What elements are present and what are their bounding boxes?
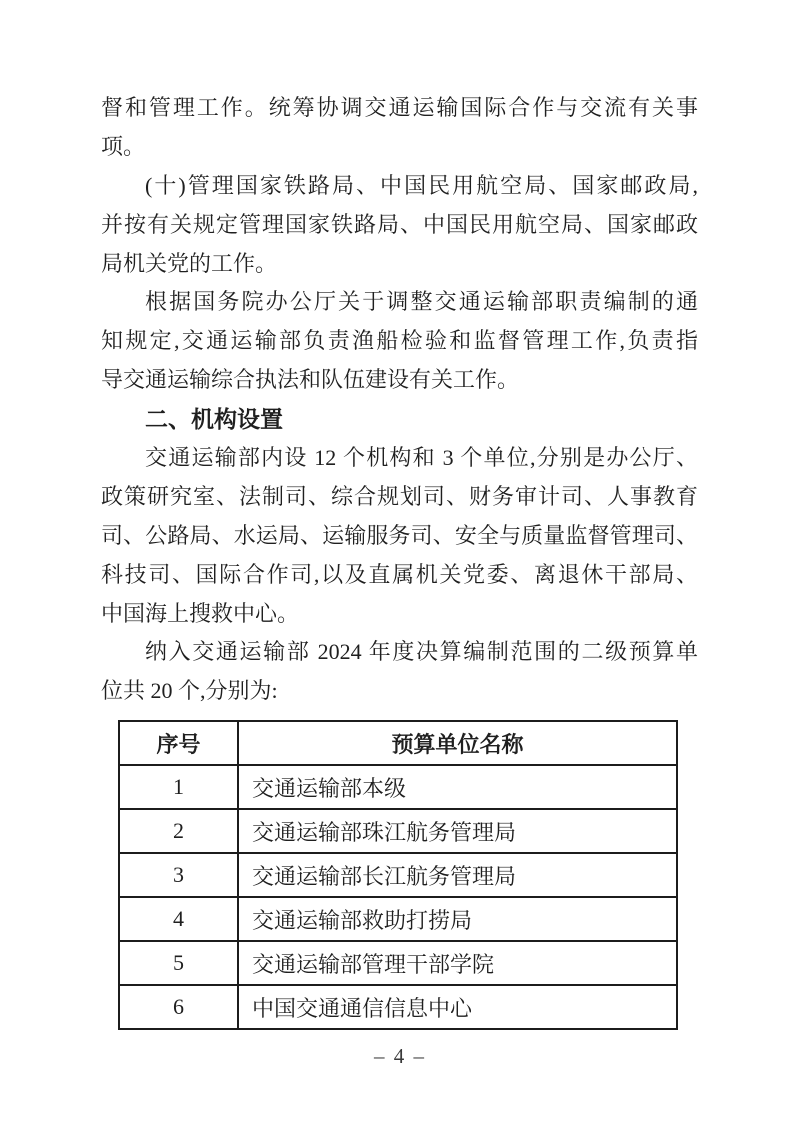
document-body: 督和管理工作。统筹协调交通运输国际合作与交流有关事项。(十)管理国家铁路局、中国… bbox=[101, 89, 698, 711]
budget-unit-name: 中国交通通信信息中心 bbox=[238, 985, 677, 1029]
row-index: 3 bbox=[119, 853, 238, 897]
budget-units-table-body: 1交通运输部本级2交通运输部珠江航务管理局3交通运输部长江航务管理局4交通运输部… bbox=[119, 765, 677, 1029]
body-line: 纳入交通运输部 2024 年度决算编制范围的二级预算单 bbox=[101, 633, 698, 672]
row-index: 2 bbox=[119, 809, 238, 853]
budget-unit-name: 交通运输部本级 bbox=[238, 765, 677, 809]
table-row: 2交通运输部珠江航务管理局 bbox=[119, 809, 677, 853]
budget-units-table: 序号 预算单位名称 1交通运输部本级2交通运输部珠江航务管理局3交通运输部长江航… bbox=[118, 720, 678, 1030]
body-line: 位共 20 个,分别为: bbox=[101, 672, 698, 711]
body-line: 局机关党的工作。 bbox=[101, 245, 698, 284]
body-line: 司、公路局、水运局、运输服务司、安全与质量监督管理司、 bbox=[101, 517, 698, 556]
row-index: 5 bbox=[119, 941, 238, 985]
body-line: 中国海上搜救中心。 bbox=[101, 595, 698, 634]
body-line: 政策研究室、法制司、综合规划司、财务审计司、人事教育 bbox=[101, 478, 698, 517]
row-index: 4 bbox=[119, 897, 238, 941]
body-line: 督和管理工作。统筹协调交通运输国际合作与交流有关事 bbox=[101, 89, 698, 128]
table-row: 4交通运输部救助打捞局 bbox=[119, 897, 677, 941]
body-line: (十)管理国家铁路局、中国民用航空局、国家邮政局, bbox=[101, 167, 698, 206]
budget-unit-name: 交通运输部管理干部学院 bbox=[238, 941, 677, 985]
document-page: 督和管理工作。统筹协调交通运输国际合作与交流有关事项。(十)管理国家铁路局、中国… bbox=[0, 0, 800, 1131]
body-line: 科技司、国际合作司,以及直属机关党委、离退休干部局、 bbox=[101, 556, 698, 595]
table-header-row: 序号 预算单位名称 bbox=[119, 721, 677, 765]
budget-unit-name: 交通运输部救助打捞局 bbox=[238, 897, 677, 941]
body-line: 项。 bbox=[101, 128, 698, 167]
table-header-unit-name: 预算单位名称 bbox=[238, 721, 677, 765]
row-index: 1 bbox=[119, 765, 238, 809]
body-line: 交通运输部内设 12 个机构和 3 个单位,分别是办公厅、 bbox=[101, 439, 698, 478]
budget-unit-name: 交通运输部珠江航务管理局 bbox=[238, 809, 677, 853]
table-row: 6中国交通通信信息中心 bbox=[119, 985, 677, 1029]
budget-units-table-head: 序号 预算单位名称 bbox=[119, 721, 677, 765]
table-row: 1交通运输部本级 bbox=[119, 765, 677, 809]
page-number: – 4 – bbox=[0, 1044, 800, 1069]
body-line: 并按有关规定管理国家铁路局、中国民用航空局、国家邮政 bbox=[101, 206, 698, 245]
body-line: 知规定,交通运输部负责渔船检验和监督管理工作,负责指 bbox=[101, 322, 698, 361]
body-line: 根据国务院办公厅关于调整交通运输部职责编制的通 bbox=[101, 283, 698, 322]
budget-unit-name: 交通运输部长江航务管理局 bbox=[238, 853, 677, 897]
table-row: 5交通运输部管理干部学院 bbox=[119, 941, 677, 985]
body-line: 导交通运输综合执法和队伍建设有关工作。 bbox=[101, 361, 698, 400]
table-header-index: 序号 bbox=[119, 721, 238, 765]
row-index: 6 bbox=[119, 985, 238, 1029]
section-heading: 二、机构设置 bbox=[101, 400, 698, 439]
table-row: 3交通运输部长江航务管理局 bbox=[119, 853, 677, 897]
